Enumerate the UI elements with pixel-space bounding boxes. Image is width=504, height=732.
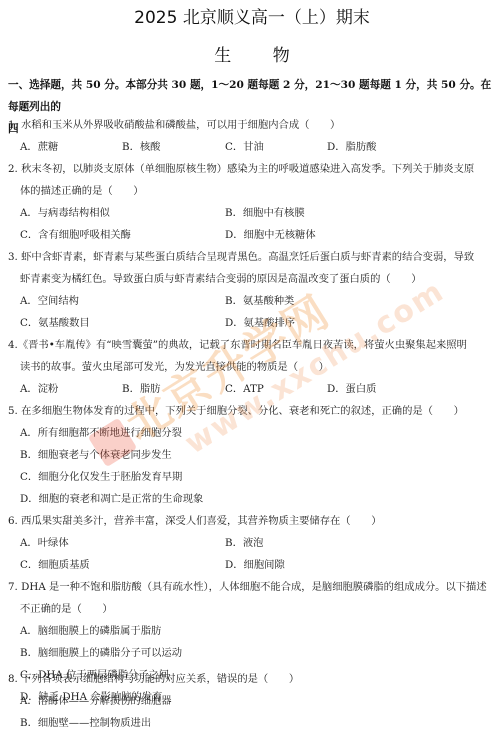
question-8-option-a: A．溶酶体——分解损伤的细胞器 xyxy=(20,690,172,712)
question-3-option-a: A．空间结构 xyxy=(20,290,79,312)
question-5-option-a: A．所有细胞都不断地进行细胞分裂 xyxy=(20,422,182,444)
question-4-stem-line-2: 读书的故事。萤火虫尾部可发光，为发光直接供能的物质是（ ） xyxy=(20,356,329,378)
question-5-option-d: D．细胞的衰老和凋亡是正常的生命现象 xyxy=(20,488,203,510)
exam-title: 2025 北京顺义高一（上）期末 xyxy=(0,6,504,30)
question-2-option-c: C．含有细胞呼吸相关酶 xyxy=(20,224,131,246)
question-3-stem-line-1: 3. 虾中含虾青素，虾青素与某些蛋白质结合呈现青黑色。高温烹饪后蛋白质与虾青素的… xyxy=(8,246,474,268)
exam-subject: 生 物 xyxy=(0,44,504,68)
subject-char-1: 生 xyxy=(214,44,231,68)
question-2-option-a: A．与病毒结构相似 xyxy=(20,202,110,224)
question-1-option-d: D．脂肪酸 xyxy=(327,136,376,158)
question-4-option-c: C．ATP xyxy=(225,378,264,400)
question-3-option-b: B．氨基酸种类 xyxy=(225,290,294,312)
question-3-option-d: D．氨基酸排序 xyxy=(225,312,295,334)
question-1-option-a: A．蔗糖 xyxy=(20,136,58,158)
question-2-stem-line-2: 体的描述正确的是（ ） xyxy=(20,180,144,202)
question-5-option-b: B．细胞衰老与个体衰老同步发生 xyxy=(20,444,172,466)
question-3-stem-line-2: 虾青素变为橘红色。导致蛋白质与虾青素结合变弱的原因是高温改变了蛋白质的（ ） xyxy=(20,268,422,290)
question-6-stem: 6. 西瓜果实甜美多汁，营养丰富，深受人们喜爱，其营养物质主要储存在（ ） xyxy=(8,510,382,532)
question-7-stem-line-1: 7. DHA 是一种不饱和脂肪酸（具有疏水性），人体细胞不能合成，是脑细胞膜磷脂… xyxy=(8,576,487,598)
question-5-option-c: C．细胞分化仅发生于胚胎发育早期 xyxy=(20,466,182,488)
question-2-stem-line-1: 2. 秋末冬初，以肺炎支原体（单细胞原核生物）感染为主的呼吸道感染进入高发季。下… xyxy=(8,158,474,180)
question-1-option-c: C．甘油 xyxy=(225,136,264,158)
question-4-option-a: A．淀粉 xyxy=(20,378,58,400)
question-6-option-a: A．叶绿体 xyxy=(20,532,69,554)
question-4-option-d: D．蛋白质 xyxy=(327,378,376,400)
question-6-option-b: B．液泡 xyxy=(225,532,263,554)
question-8-stem: 8. 下列各项表示细胞结构与功能的对应关系，错误的是（ ） xyxy=(8,668,299,690)
question-2-option-b: B．细胞中有核膜 xyxy=(225,202,305,224)
question-4-option-b: B．脂肪 xyxy=(122,378,160,400)
question-1-stem: 1. 水稻和玉米从外界吸收硝酸盐和磷酸盐，可以用于细胞内合成（ ） xyxy=(8,114,340,136)
question-7-option-b: B．脑细胞膜上的磷脂分子可以运动 xyxy=(20,642,182,664)
question-7-option-a: A．脑细胞膜上的磷脂属于脂肪 xyxy=(20,620,161,642)
question-7-stem-line-2: 不正确的是（ ） xyxy=(20,598,113,620)
question-1-option-b: B．核酸 xyxy=(122,136,160,158)
question-2-option-d: D．细胞中无核糖体 xyxy=(225,224,316,246)
question-3-option-c: C．氨基酸数目 xyxy=(20,312,90,334)
question-6-option-d: D．细胞间隙 xyxy=(225,554,285,576)
subject-char-2: 物 xyxy=(273,44,290,68)
section-heading-line-1: 一、选择题，共 50 分。本部分共 30 题，1～20 题每题 2 分，21～3… xyxy=(8,74,498,118)
question-5-stem: 5. 在多细胞生物体发育的过程中，下列关于细胞分裂、分化、衰老和死亡的叙述，正确… xyxy=(8,400,464,422)
question-6-option-c: C．细胞质基质 xyxy=(20,554,90,576)
question-8-option-b: B．细胞壁——控制物质进出 xyxy=(20,712,151,732)
question-4-stem-line-1: 4.《晋书•车胤传》有“映雪囊萤”的典故，记载了东晋时期名臣车胤日夜苦读，将萤火… xyxy=(8,334,467,356)
